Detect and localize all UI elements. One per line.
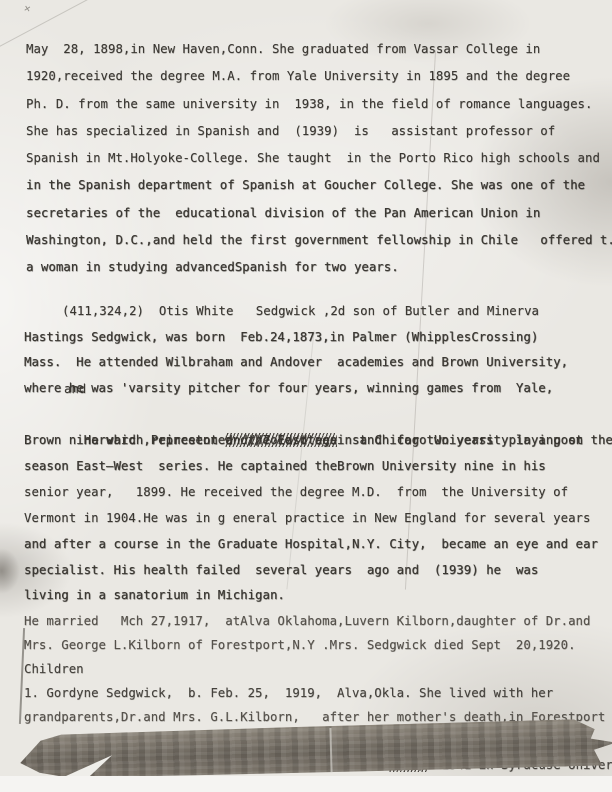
ink-smudge	[0, 548, 20, 594]
paragraph-otis-white-sedgwick: (411,324,2) Otis White Sedgwick ,2d son …	[0, 299, 612, 610]
text-line: specialist. His health failed several ye…	[0, 558, 612, 584]
text-line: Spanish in Mt.Holyoke-College. She taugh…	[0, 145, 612, 172]
text-line: a woman in studying advancedSpanish for …	[0, 254, 612, 281]
text-line: Children	[0, 657, 612, 681]
struck-out-text: and//7old/dteee	[225, 433, 337, 447]
text-line: season East—West series. He captained th…	[0, 454, 612, 480]
text-line: Mrs. George L.Kilborn of Forestport,N.Y …	[0, 633, 612, 657]
text-line: Mass. He attended Wilbraham and Andover …	[0, 350, 612, 376]
text-line: 1. Gordyne Sedgwick, b. Feb. 25, 1919, A…	[0, 681, 612, 705]
text-line: living in a sanatorium in Michigan.	[0, 583, 612, 609]
text-line: 1920,received the degree M.A. from Yale …	[0, 63, 612, 90]
text-line: She has specialized in Spanish and (1939…	[0, 118, 612, 145]
text-line: secretaries of the educational division …	[0, 200, 612, 227]
text-line: May 28, 1898,in New Haven,Conn. She grad…	[0, 36, 612, 63]
typewritten-text: May 28, 1898,in New Haven,Conn. She grad…	[0, 0, 612, 753]
text-line: and after a course in the Graduate Hospi…	[0, 532, 612, 558]
scanned-document-page: × May 28, 1898,in New Haven,Conn. She gr…	[0, 0, 612, 792]
text-line: in the Spanish department of Spanish at …	[0, 172, 612, 199]
scanner-background	[0, 776, 612, 792]
text-line: Ph. D. from the same university in 1938,…	[0, 91, 612, 118]
text-line: senior year, 1899. He received the degre…	[0, 480, 612, 506]
text-line: Vermont in 1904.He was in g eneral pract…	[0, 506, 612, 532]
text-line: Hastings Sedgwick, was born Feb.24,1873,…	[0, 325, 612, 351]
text-line: (411,324,2) Otis White Sedgwick ,2d son …	[0, 299, 612, 325]
paragraph-biography-her: May 28, 1898,in New Haven,Conn. She grad…	[0, 36, 612, 282]
text-line: He married Mch 27,1917, atAlva Oklahoma,…	[0, 609, 612, 633]
text-line: Washington, D.C.,and held the first gove…	[0, 227, 612, 254]
